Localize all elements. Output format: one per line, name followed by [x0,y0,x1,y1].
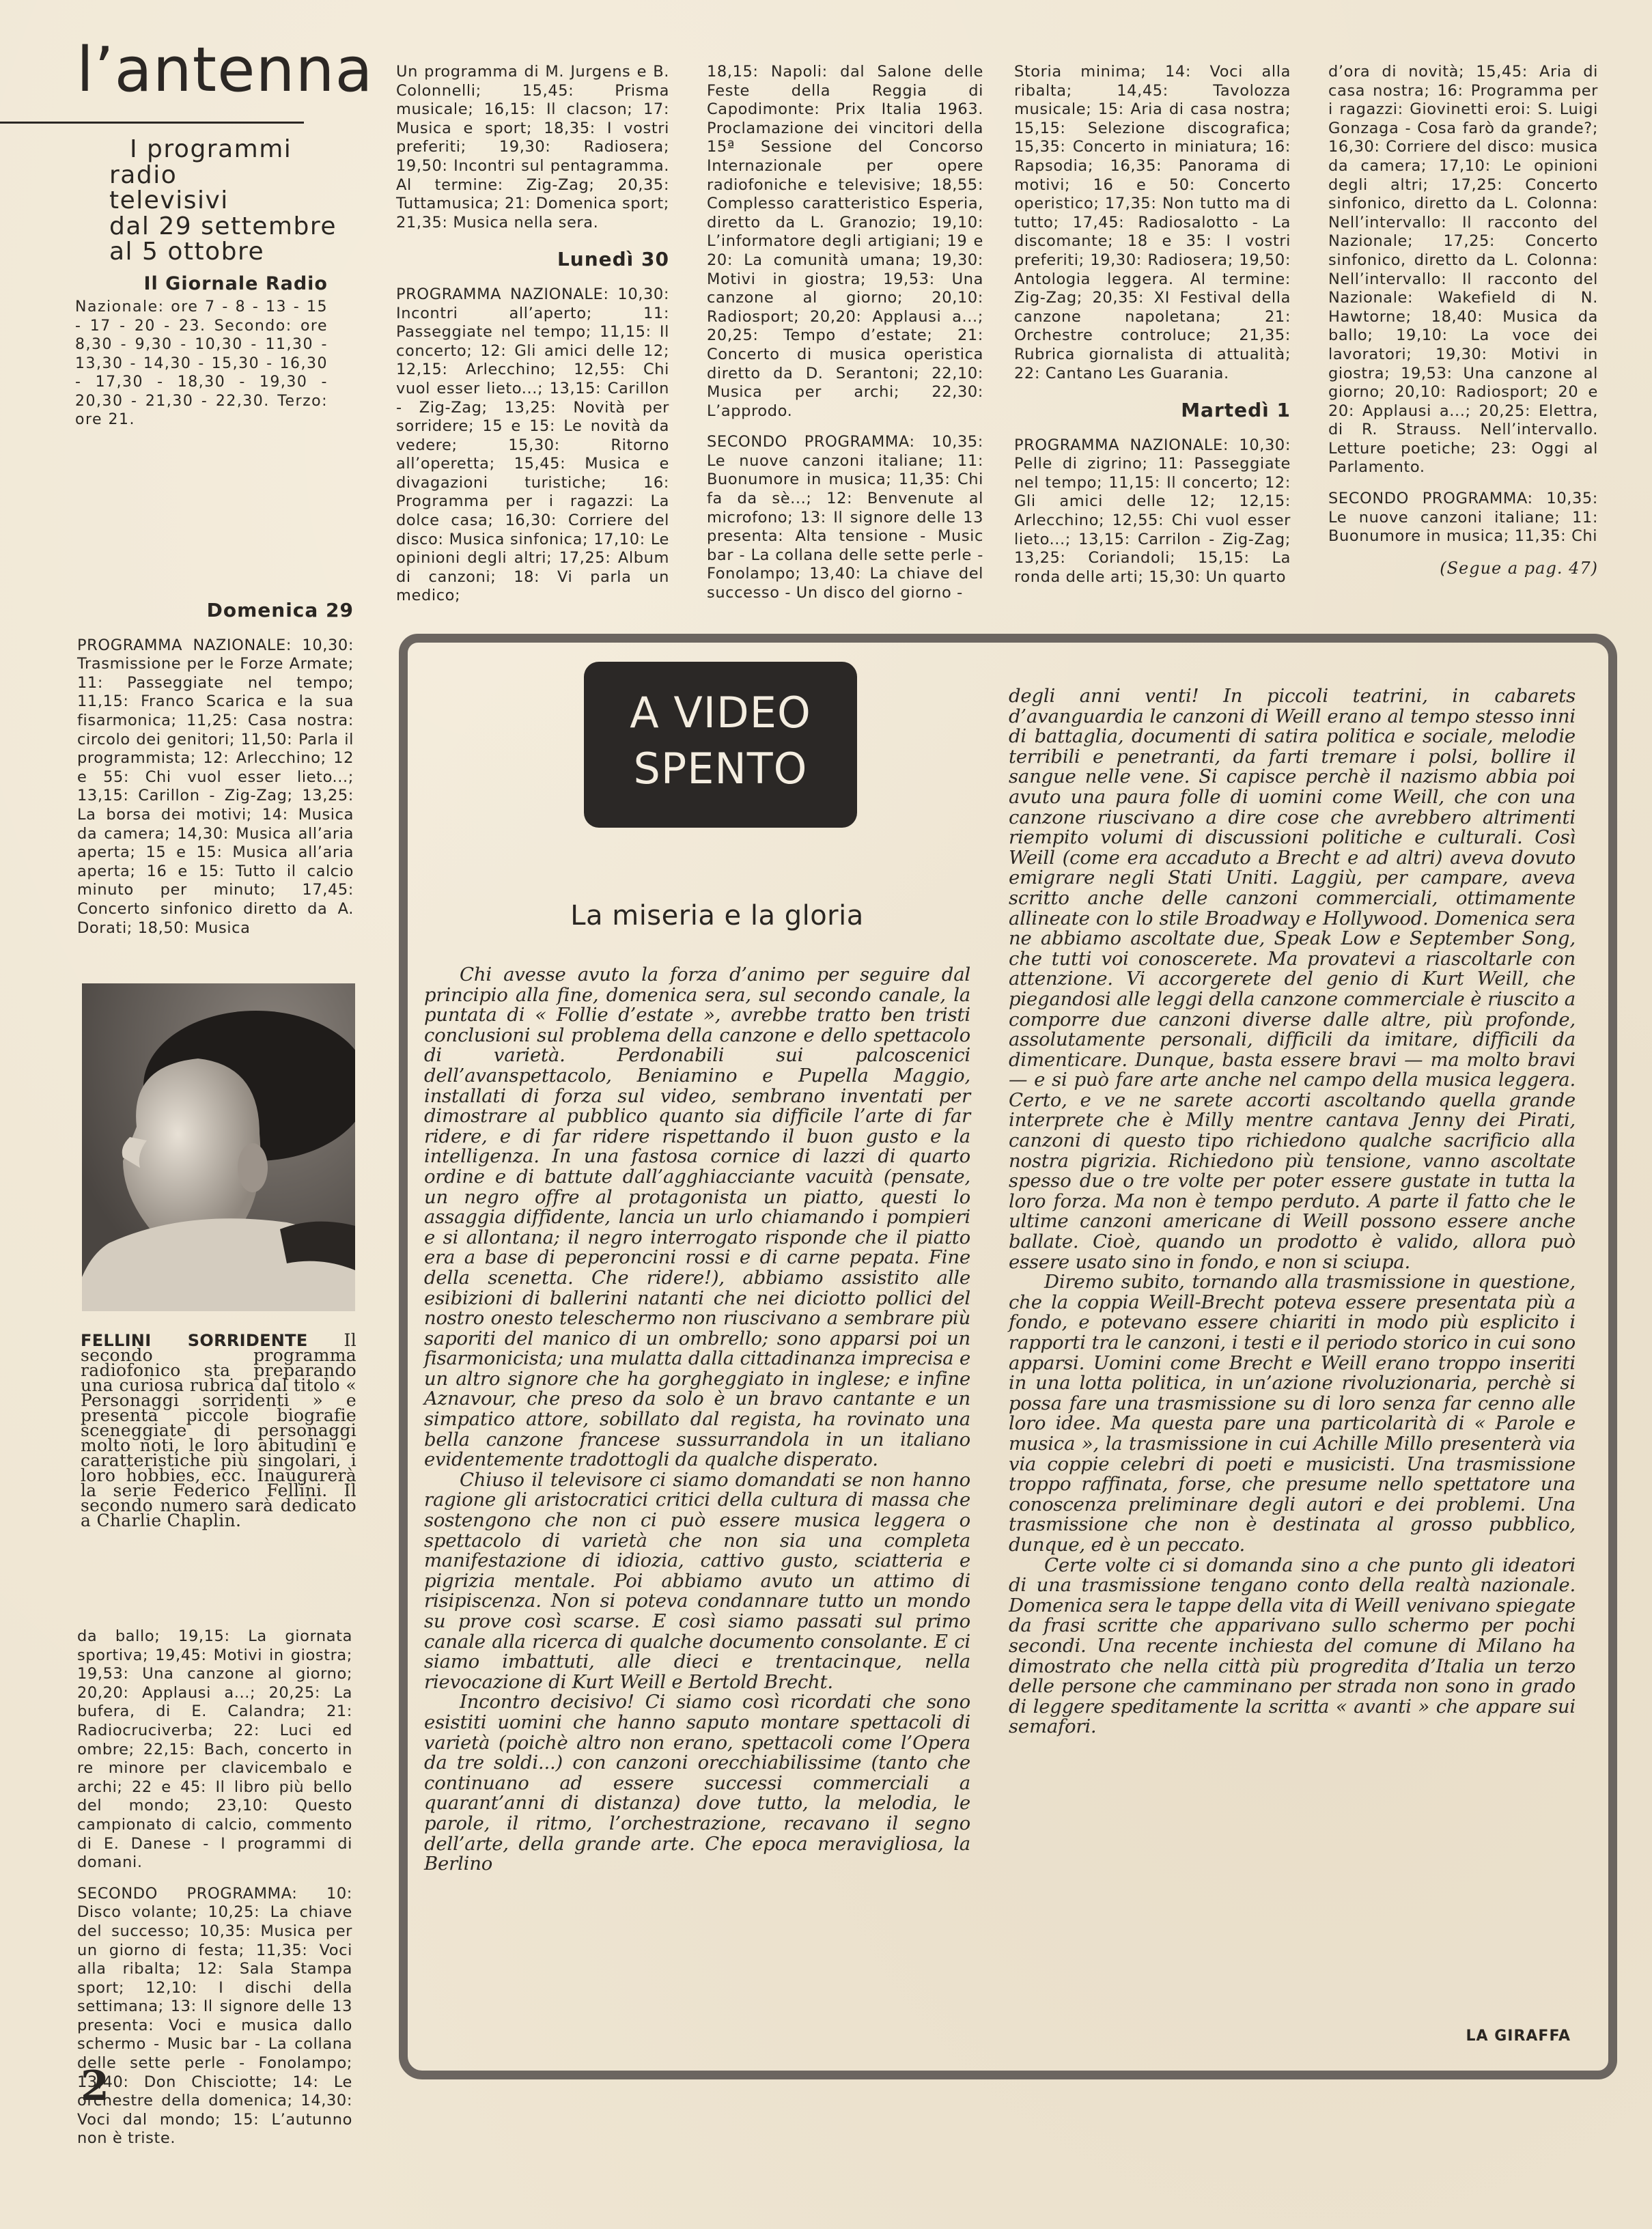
portrait-image-icon [82,983,355,1311]
column-badge: A VIDEO SPENTO [584,662,857,828]
listing-paragraph: SECONDO PROGRAMMA: 10,35: Le nuove canzo… [707,433,983,602]
article-paragraph: Incontro decisivo! Ci siamo così ricorda… [424,1692,970,1874]
listing-paragraph: SECONDO PROGRAMMA: 10: Disco volante; 10… [77,1885,352,2148]
listing-paragraph: PROGRAMMA NAZIONALE: 10,30: Incontri all… [396,285,669,606]
listing-paragraph: 18,15: Napoli: dal Salone delle Feste de… [707,63,983,421]
day-heading-domenica: Domenica 29 [77,601,354,620]
listing-paragraph: da ballo; 19,15: La giornata sportiva; 1… [77,1627,352,1873]
article-paragraph: Chi avesse avuto la forza d’animo per se… [424,965,970,1470]
caption-text: Il secondo programma radiofonico sta pre… [81,1330,356,1530]
article-signature: LA GIRAFFA [1270,2028,1571,2045]
listing-column-1-bottom: da ballo; 19,15: La giornata sportiva; 1… [77,1627,352,2161]
fellini-photo [82,983,355,1311]
subtitle-line: al 5 ottobre [109,239,337,265]
listing-column-1-top: Domenica 29 PROGRAMMA NAZIONALE: 10,30: … [77,601,354,950]
photo-caption: FELLINI SORRIDENTE Il secondo programma … [81,1333,356,1528]
listing-paragraph: PROGRAMMA NAZIONALE: 10,30: Trasmissione… [77,636,354,938]
article-column-right: degli anni venti! In piccoli teatrini, i… [1009,686,1576,1737]
listing-column-4: Storia minima; 14: Voci alla ribalta; 14… [1014,63,1291,599]
listing-paragraph: SECONDO PROGRAMMA: 10,35: Le nuove canzo… [1328,490,1598,546]
giornale-radio-heading: Il Giornale Radio [75,273,328,294]
continued-on-page-link[interactable]: (Segue a pag. 47) [1328,559,1598,578]
subtitle-line: dal 29 settembre [109,214,337,240]
subtitle-line: I programmi [109,137,337,163]
article-paragraph: Chiuso il televisore ci siamo domandati … [424,1470,970,1693]
article-paragraph: Certe volte ci si domanda sino a che pun… [1009,1556,1576,1737]
day-heading-martedi: Martedì 1 [1014,401,1291,420]
article-title: La miseria e la gloria [478,900,956,931]
listing-column-2: Un programma di M. Jurgens e B. Colonnel… [396,63,669,618]
article-paragraph: Diremo subito, tornando alla trasmission… [1009,1272,1576,1555]
listing-column-5: d’ora di novità; 15,45: Aria di casa nos… [1328,63,1598,559]
masthead-rule [0,122,304,124]
listing-paragraph: d’ora di novità; 15,45: Aria di casa nos… [1328,63,1598,477]
listing-paragraph: Un programma di M. Jurgens e B. Colonnel… [396,63,669,232]
article-column-left: Chi avesse avuto la forza d’animo per se… [424,965,970,1875]
listing-paragraph: Storia minima; 14: Voci alla ribalta; 14… [1014,63,1291,383]
subtitle-line: televisivi [109,188,337,214]
listing-column-3: 18,15: Napoli: dal Salone delle Feste de… [707,63,983,615]
masthead-subtitle: I programmi radio televisivi dal 29 sett… [109,137,337,265]
article-paragraph: degli anni venti! In piccoli teatrini, i… [1009,686,1576,1272]
badge-line: A VIDEO [584,685,857,741]
listing-paragraph: PROGRAMMA NAZIONALE: 10,30: Pelle di zig… [1014,436,1291,587]
day-heading-lunedi: Lunedì 30 [396,250,669,269]
giornale-radio-schedule: Nazionale: ore 7 - 8 - 13 - 15 - 17 - 20… [75,298,328,430]
badge-line: SPENTO [584,741,857,797]
page-number: 2 [81,2062,109,2110]
subtitle-line: radio [109,163,337,188]
masthead-title: l’antenna [76,40,374,101]
